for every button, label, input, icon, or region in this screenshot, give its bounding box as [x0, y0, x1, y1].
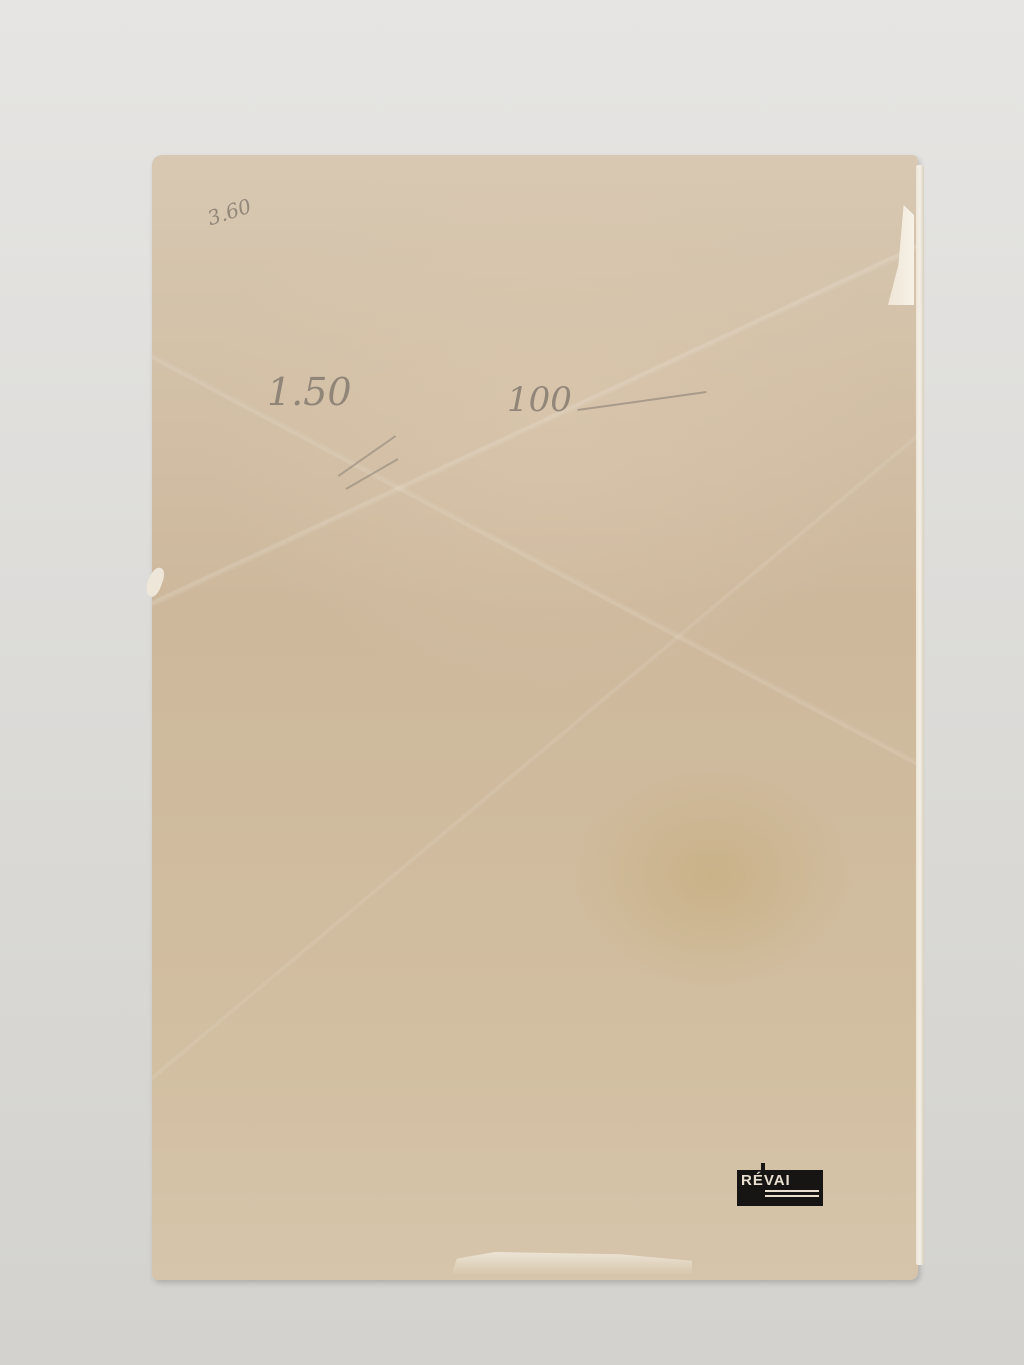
logo-stripes-icon — [765, 1190, 819, 1200]
page-edges — [916, 165, 924, 1265]
publisher-logo: RÉVAI — [737, 1170, 823, 1206]
book-back-cover: 3.60 1.50 100 RÉVAI — [152, 155, 918, 1280]
pencil-stroke — [338, 435, 396, 477]
publisher-name: RÉVAI — [741, 1172, 791, 1189]
pencil-note-right: 100 — [507, 380, 572, 420]
torn-bottom-edge — [452, 1252, 692, 1274]
pencil-stroke — [577, 391, 706, 411]
pencil-note-left: 1.50 — [267, 370, 352, 414]
pencil-price-note: 3.60 — [204, 194, 254, 231]
torn-flap — [143, 566, 166, 599]
torn-corner — [888, 205, 914, 305]
